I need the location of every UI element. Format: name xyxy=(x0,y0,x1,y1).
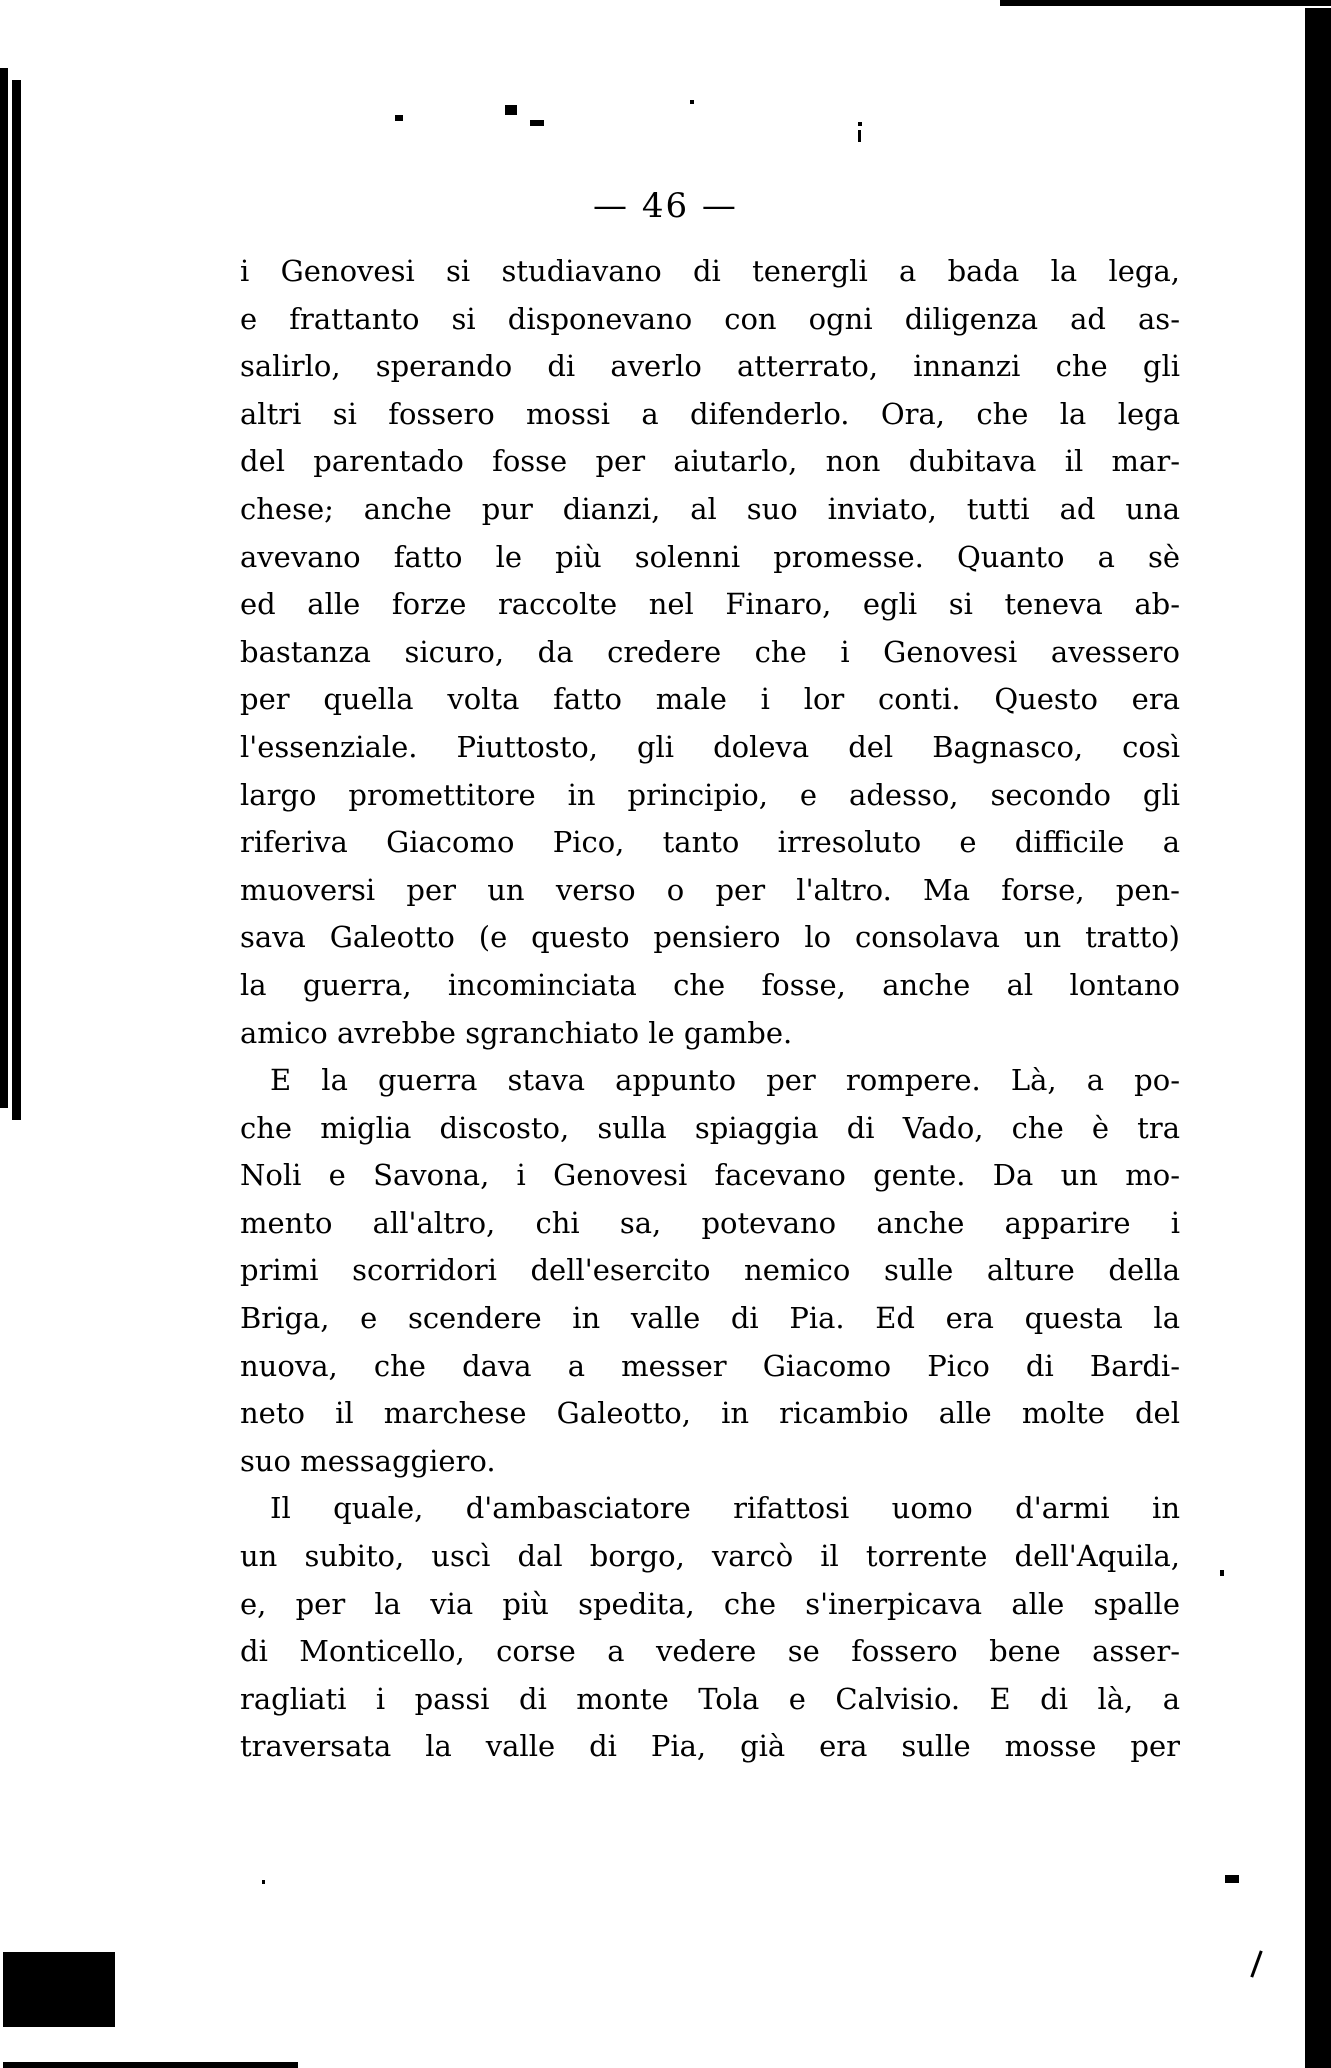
scan-border-right xyxy=(1305,8,1331,2068)
text-line: Il quale, d'ambasciatore rifattosi uomo … xyxy=(240,1485,1180,1533)
text-line: chese; anche pur dianzi, al suo inviato,… xyxy=(240,486,1180,534)
text-line: per quella volta fatto male i lor conti.… xyxy=(240,676,1180,724)
text-line: salirlo, sperando di averlo atterrato, i… xyxy=(240,343,1180,391)
text-line: muoversi per un verso o per l'altro. Ma … xyxy=(240,867,1180,915)
scan-speck xyxy=(1220,1570,1224,1576)
page-number: — 46 — xyxy=(0,186,1331,226)
text-line: e frattanto si disponevano con ogni dili… xyxy=(240,296,1180,344)
text-line: sava Galeotto (e questo pensiero lo cons… xyxy=(240,914,1180,962)
text-line: ragliati i passi di monte Tola e Calvisi… xyxy=(240,1676,1180,1724)
scan-blot-bottom-left xyxy=(3,1952,115,2027)
text-line: di Monticello, corse a vedere se fossero… xyxy=(240,1628,1180,1676)
text-line: l'essenziale. Piuttosto, gli doleva del … xyxy=(240,724,1180,772)
scan-speck xyxy=(690,100,694,104)
scan-speck xyxy=(505,105,517,115)
text-line: largo promettitore in principio, e adess… xyxy=(240,772,1180,820)
text-line: mento all'altro, chi sa, potevano anche … xyxy=(240,1200,1180,1248)
scan-speck xyxy=(530,120,544,126)
text-line: bastanza sicuro, da credere che i Genove… xyxy=(240,629,1180,677)
text-line: altri si fossero mossi a difenderlo. Ora… xyxy=(240,391,1180,439)
scan-border-bottom xyxy=(3,2062,298,2068)
text-line: suo messaggiero. xyxy=(240,1438,1180,1486)
text-line: e, per la via più spedita, che s'inerpic… xyxy=(240,1581,1180,1629)
text-line: riferiva Giacomo Pico, tanto irresoluto … xyxy=(240,819,1180,867)
text-line: ed alle forze raccolte nel Finaro, egli … xyxy=(240,581,1180,629)
scan-speck xyxy=(1250,1950,1262,1977)
scan-speck xyxy=(858,122,862,126)
scan-speck xyxy=(262,1880,265,1884)
text-line: i Genovesi si studiavano di tenergli a b… xyxy=(240,248,1180,296)
text-line: neto il marchese Galeotto, in ricambio a… xyxy=(240,1390,1180,1438)
text-line: che miglia discosto, sulla spiaggia di V… xyxy=(240,1105,1180,1153)
text-line: E la guerra stava appunto per rompere. L… xyxy=(240,1057,1180,1105)
text-line: amico avrebbe sgranchiato le gambe. xyxy=(240,1010,1180,1058)
scan-border-top xyxy=(1000,0,1331,6)
text-line: avevano fatto le più solenni promesse. Q… xyxy=(240,534,1180,582)
text-line: del parentado fosse per aiutarlo, non du… xyxy=(240,438,1180,486)
scan-speck xyxy=(395,115,403,121)
text-line: Briga, e scendere in valle di Pia. Ed er… xyxy=(240,1295,1180,1343)
scan-speck xyxy=(858,130,861,142)
scan-border-left-inner xyxy=(12,80,21,1120)
text-line: traversata la valle di Pia, già era sull… xyxy=(240,1723,1180,1771)
text-line: primi scorridori dell'esercito nemico su… xyxy=(240,1247,1180,1295)
text-line: la guerra, incominciata che fosse, anche… xyxy=(240,962,1180,1010)
text-line: nuova, che dava a messer Giacomo Pico di… xyxy=(240,1343,1180,1391)
scan-speck xyxy=(1225,1875,1239,1883)
text-line: un subito, uscì dal borgo, varcò il torr… xyxy=(240,1533,1180,1581)
body-text: i Genovesi si studiavano di tenergli a b… xyxy=(240,248,1180,1771)
text-line: Noli e Savona, i Genovesi facevano gente… xyxy=(240,1152,1180,1200)
